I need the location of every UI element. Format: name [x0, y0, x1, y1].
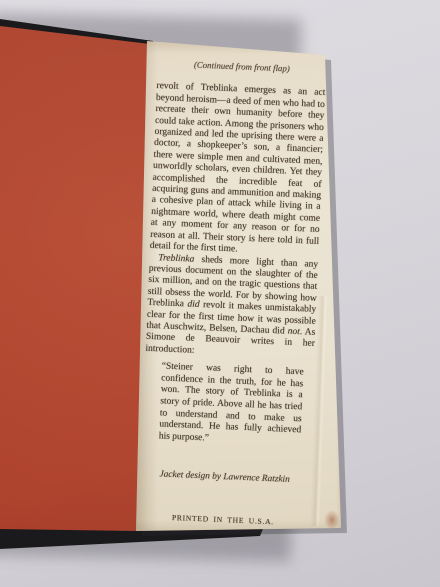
jacket-back-flap: (Continued from front flap) revolt of Tr… — [128, 36, 346, 534]
photo-of-book: (Continued from front flap) revolt of Tr… — [0, 0, 440, 587]
book-title-italic: Treblinka — [158, 253, 194, 265]
paper-stain — [324, 510, 340, 530]
flap-paragraph-2: Treblinka sheds more light than any prev… — [145, 252, 318, 362]
flap-paragraph-1: revolt of Treblinka emerges as an act be… — [150, 81, 326, 259]
printed-in-usa-note: PRINTED IN THE U.S.A. — [138, 510, 307, 528]
continued-from-front-flap-note: (Continued from front flap) — [157, 58, 326, 76]
jacket-design-credit: Jacket design by Lawrence Ratzkin — [140, 469, 309, 487]
emphasis-not: not — [288, 327, 301, 337]
flap-text-block: (Continued from front flap) revolt of Tr… — [138, 50, 327, 536]
emphasis-did: did — [187, 300, 200, 310]
beauvoir-quote: “Steiner was right to have confidence in… — [159, 362, 304, 449]
